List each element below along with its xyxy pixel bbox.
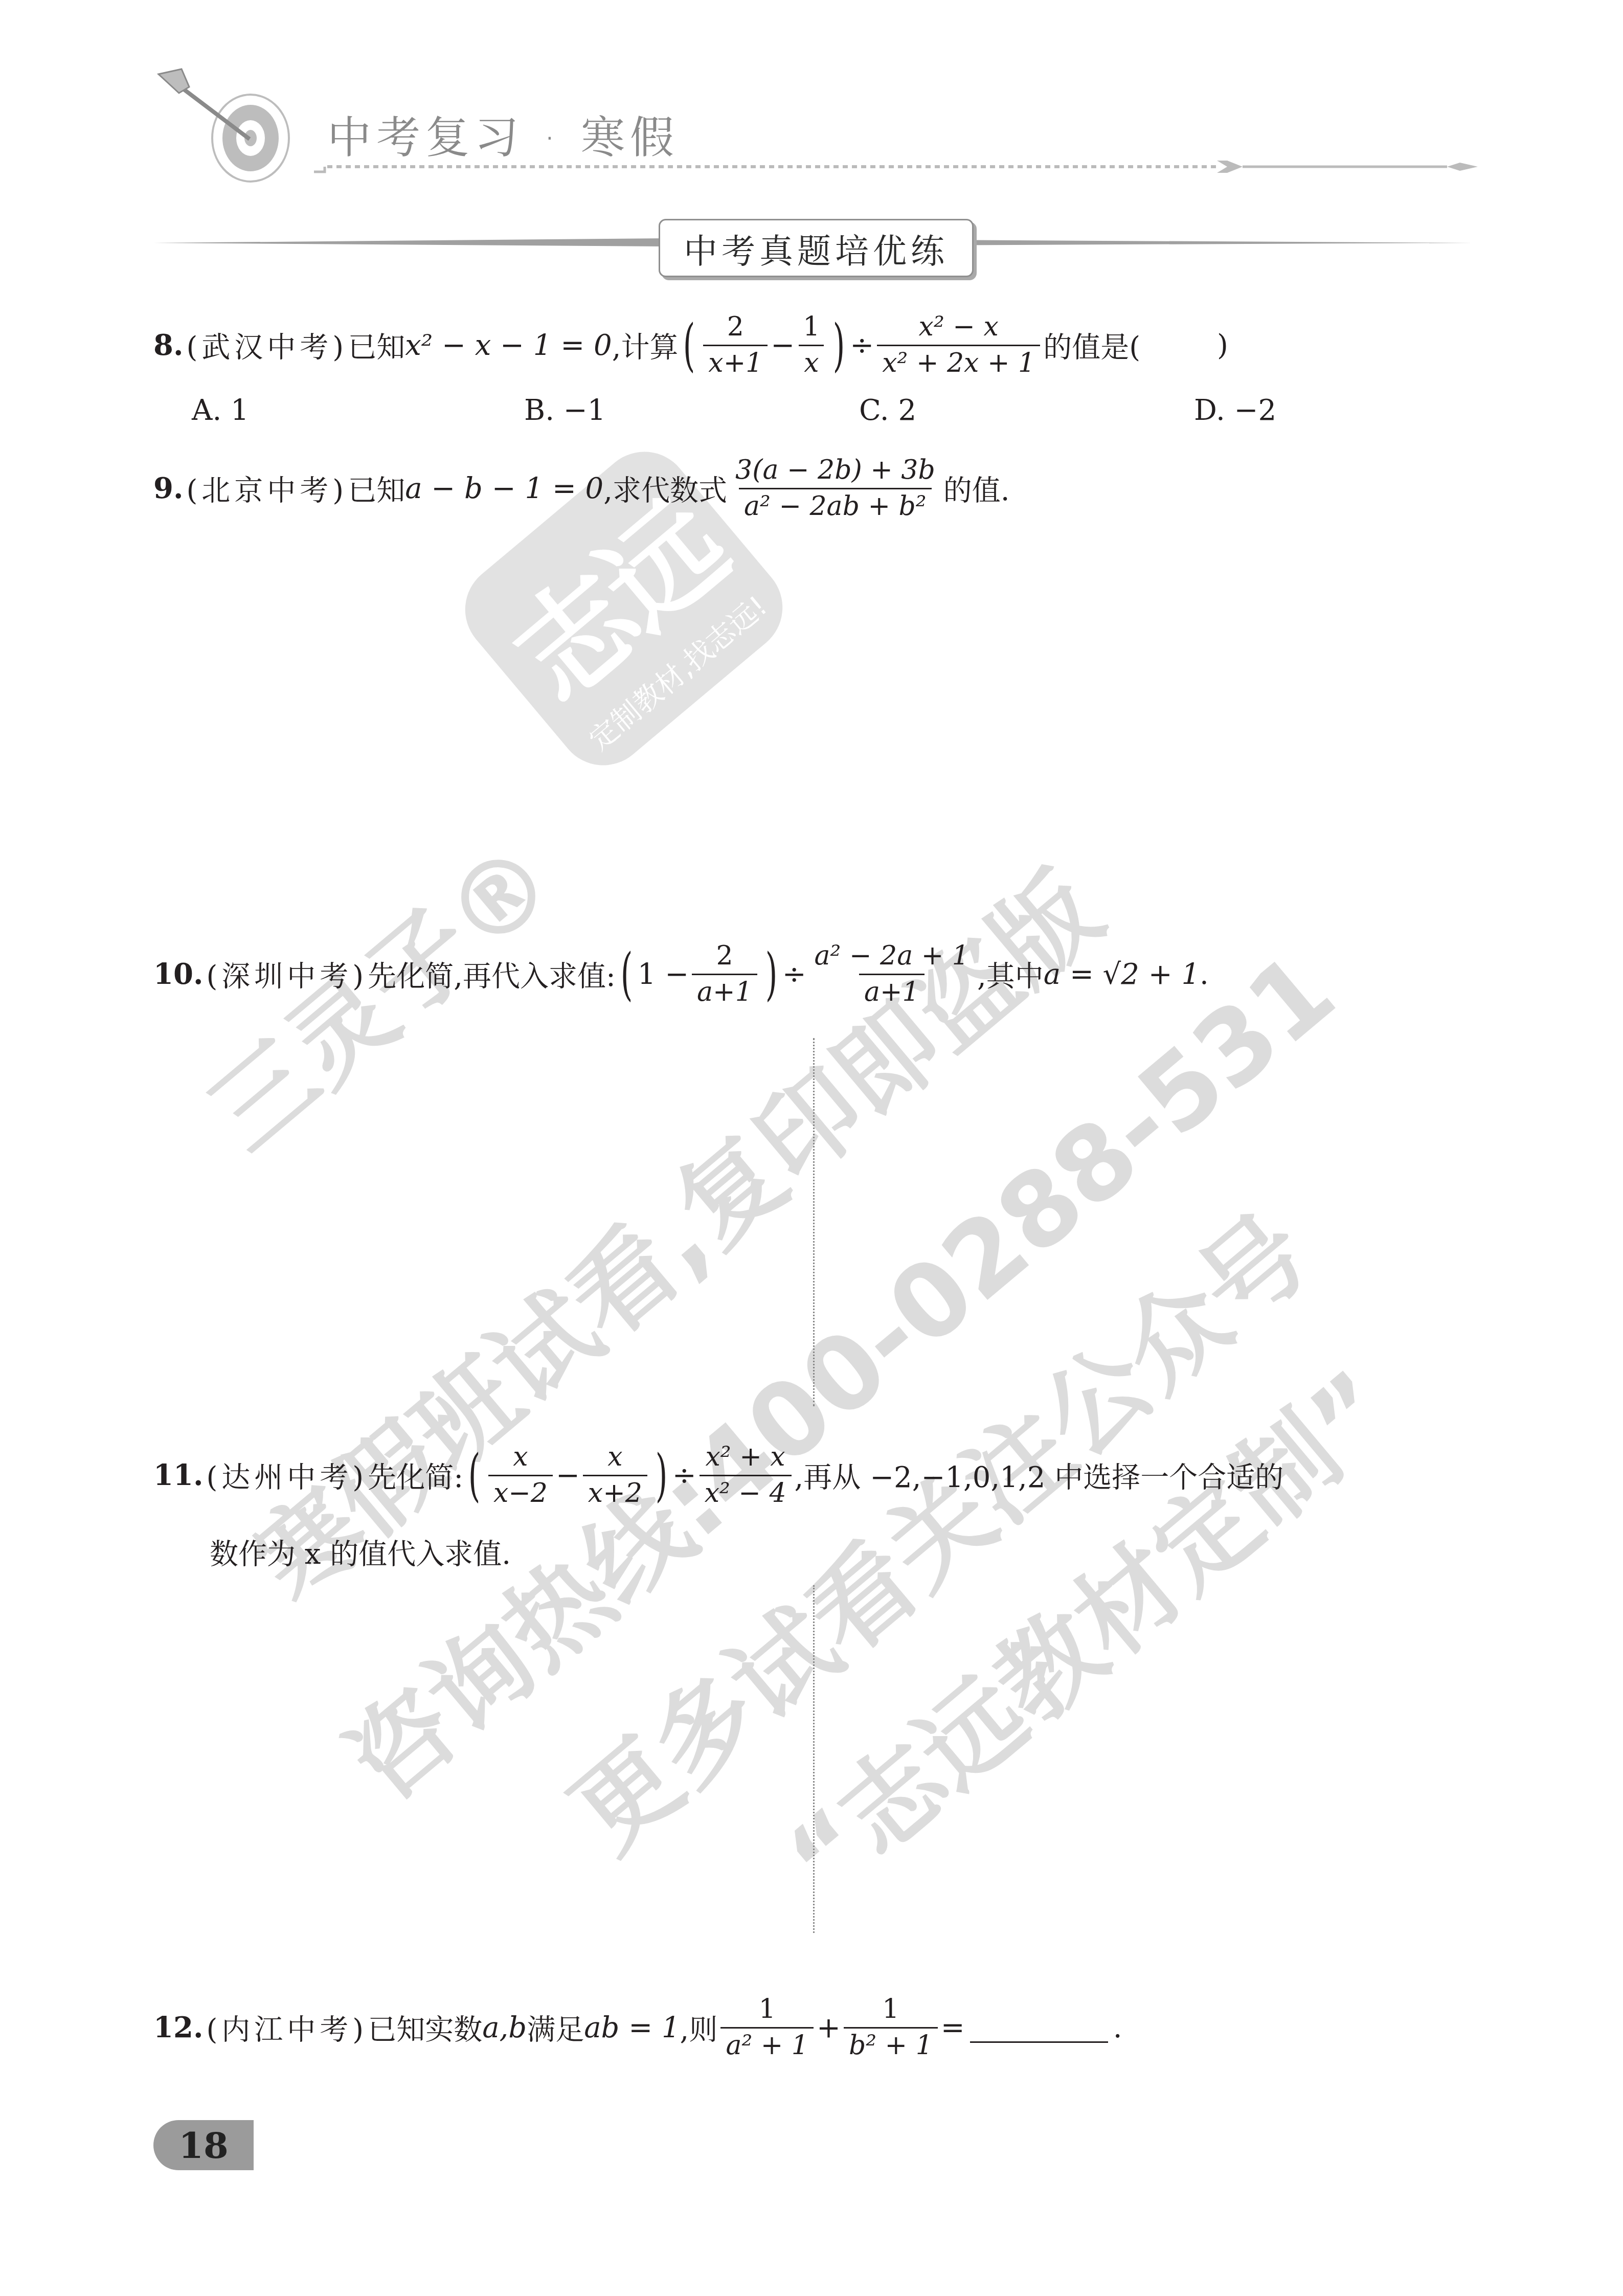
- fraction: x² + xx² − 4: [700, 1442, 792, 1509]
- fraction: 1b² + 1: [844, 1994, 938, 2061]
- target-arrow-icon: [153, 61, 327, 184]
- fraction: 1x: [798, 312, 825, 379]
- watermark-line: “志远教材定制”: [751, 1331, 1418, 1924]
- option-a[interactable]: A. 1: [192, 394, 249, 427]
- option-d[interactable]: D. −2: [1194, 394, 1276, 427]
- answer-divider: [813, 1585, 815, 1933]
- option-c[interactable]: C. 2: [859, 394, 916, 427]
- fraction: x² − xx² + 2x + 1: [877, 312, 1040, 379]
- question-10: 10. (深圳中考) 先化简,再代入求值: ( 1 − 2a+1 ) ÷ a² …: [153, 941, 1209, 1008]
- q8-options: A. 1 B. −1 C. 2 D. −2: [0, 394, 1623, 430]
- watermark-line: 更多试看关注公众号: [536, 1175, 1335, 1879]
- fraction: a² − 2a + 1a+1: [809, 941, 974, 1008]
- answer-blank[interactable]: [970, 2013, 1108, 2043]
- option-b[interactable]: B. −1: [524, 394, 605, 427]
- question-12: 12. (内江中考) 已知实数 a,b 满足 ab = 1 ,则 1a² + 1…: [153, 1994, 1122, 2061]
- fraction: 3(a − 2b) + 3ba² − 2ab + b²: [730, 455, 940, 522]
- fraction: xx+2: [583, 1442, 647, 1509]
- fraction: 2x+1: [703, 312, 768, 379]
- watermark-line: 咨询热线:400-0288-531: [311, 914, 1360, 1828]
- fraction: xx−2: [488, 1442, 553, 1509]
- header-divider: [307, 153, 1483, 184]
- question-8: 8. (武汉中考) 已知 x² − x − 1 = 0 ,计算 ( 2x+1 −…: [153, 312, 1228, 379]
- fraction: 2a+1: [692, 941, 757, 1008]
- answer-divider: [813, 1038, 815, 1406]
- section-banner: 中考真题培优练: [659, 219, 974, 277]
- question-9: 9. (北京中考) 已知 a − b − 1 = 0 ,求代数式 3(a − 2…: [153, 455, 1010, 522]
- fraction: 1a² + 1: [720, 1994, 814, 2061]
- question-11-line2: 数作为 x 的值代入求值.: [210, 1532, 511, 1572]
- page-number: 18: [153, 2120, 254, 2170]
- question-11: 11. (达州中考) 先化简: ( xx−2 − xx+2 ) ÷ x² + x…: [153, 1442, 1283, 1509]
